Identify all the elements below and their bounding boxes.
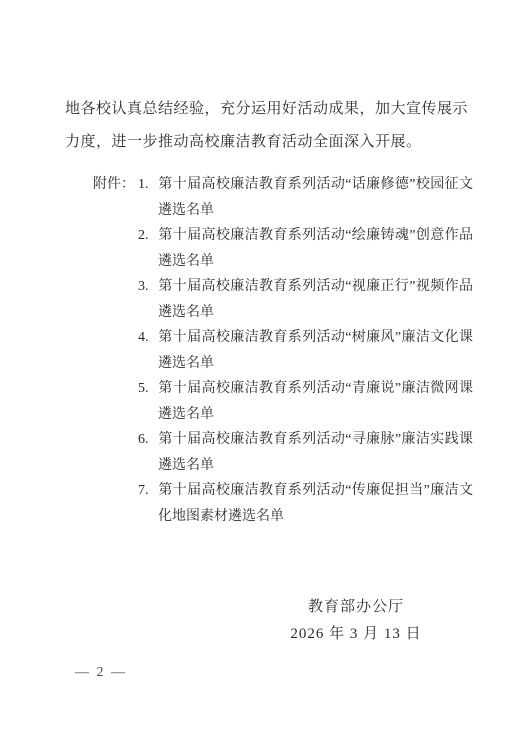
attachment-list: 1.第十届高校廉洁教育系列活动“话廉修德”校园征文遴选名单 2.第十届高校廉洁教…: [138, 172, 473, 529]
item-number: 7.: [138, 478, 158, 504]
item-text: 第十届高校廉洁教育系列活动“青廉说”廉洁微网课遴选名单: [158, 381, 473, 422]
attachment-item: 7.第十届高校廉洁教育系列活动“传廉促担当”廉洁文化地图素材遴选名单: [138, 478, 473, 529]
attachment-item: 1.第十届高校廉洁教育系列活动“话廉修德”校园征文遴选名单: [138, 172, 473, 223]
attachment-item: 4.第十届高校廉洁教育系列活动“树廉风”廉洁文化课遴选名单: [138, 325, 473, 376]
item-number: 2.: [138, 223, 158, 249]
attachment-block: 附件： 1.第十届高校廉洁教育系列活动“话廉修德”校园征文遴选名单 2.第十届高…: [93, 172, 473, 529]
item-text: 第十届高校廉洁教育系列活动“传廉促担当”廉洁文化地图素材遴选名单: [158, 483, 473, 524]
document-page: 地各校认真总结经验，充分运用好活动成果，加大宣传展示力度，进一步推动高校廉洁教育…: [0, 0, 530, 749]
attachment-item: 2.第十届高校廉洁教育系列活动“绘廉铸魂”创意作品遴选名单: [138, 223, 473, 274]
item-text: 第十届高校廉洁教育系列活动“绘廉铸魂”创意作品遴选名单: [158, 228, 473, 269]
item-number: 5.: [138, 376, 158, 402]
attachment-label: 附件：: [93, 172, 135, 198]
attachment-item: 5.第十届高校廉洁教育系列活动“青廉说”廉洁微网课遴选名单: [138, 376, 473, 427]
item-text: 第十届高校廉洁教育系列活动“寻廉脉”廉洁实践课遴选名单: [158, 432, 473, 473]
body-paragraph: 地各校认真总结经验，充分运用好活动成果，加大宣传展示力度，进一步推动高校廉洁教育…: [65, 93, 468, 159]
item-number: 6.: [138, 427, 158, 453]
page-number: — 2 —: [75, 663, 127, 683]
item-number: 1.: [138, 172, 158, 198]
item-number: 4.: [138, 325, 158, 351]
item-number: 3.: [138, 274, 158, 300]
item-text: 第十届高校廉洁教育系列活动“视廉正行”视频作品遴选名单: [158, 279, 473, 320]
signature-block: 教育部办公厅 2026 年 3 月 13 日: [266, 594, 446, 648]
item-text: 第十届高校廉洁教育系列活动“话廉修德”校园征文遴选名单: [158, 177, 473, 218]
attachment-item: 3.第十届高校廉洁教育系列活动“视廉正行”视频作品遴选名单: [138, 274, 473, 325]
issue-date: 2026 年 3 月 13 日: [266, 621, 446, 648]
item-text: 第十届高校廉洁教育系列活动“树廉风”廉洁文化课遴选名单: [158, 330, 473, 371]
issuer-signature: 教育部办公厅: [266, 594, 446, 621]
attachment-item: 6.第十届高校廉洁教育系列活动“寻廉脉”廉洁实践课遴选名单: [138, 427, 473, 478]
